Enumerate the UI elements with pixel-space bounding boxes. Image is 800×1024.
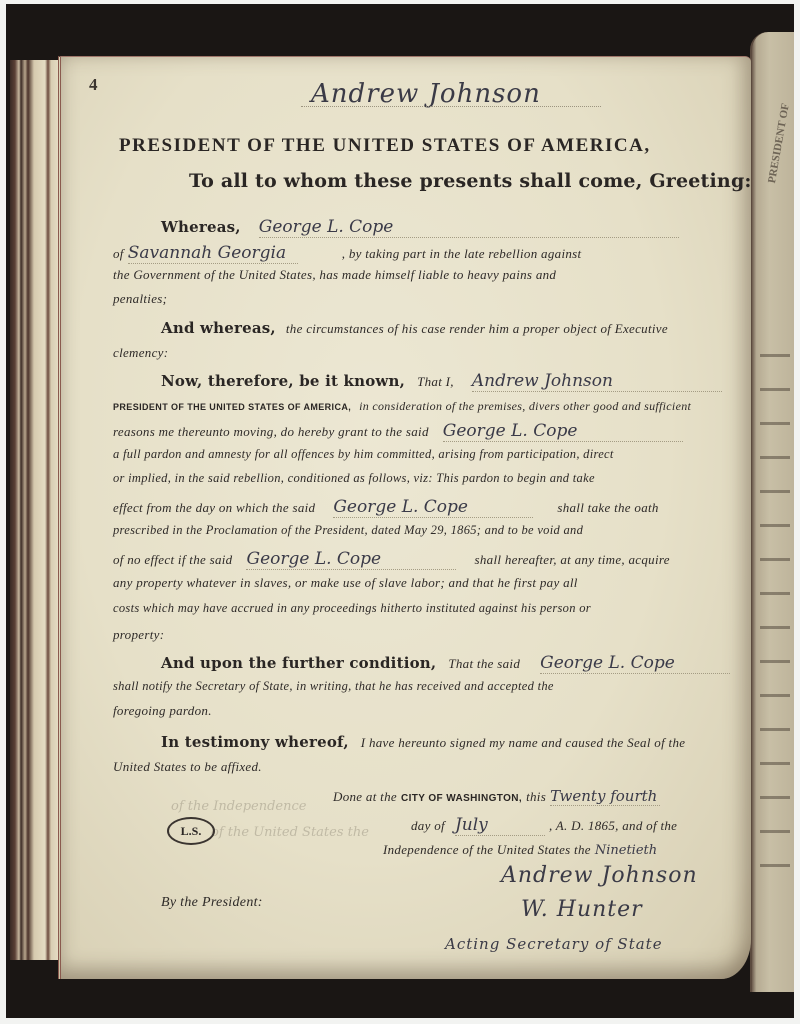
- of-prefix: of: [113, 246, 124, 261]
- further-condition-text-2: shall notify the Secretary of State, in …: [113, 679, 733, 701]
- further-condition-line-1: And upon the further condition, That the…: [113, 653, 733, 675]
- year-of-independence: Ninetieth: [595, 843, 657, 858]
- now-therefore-text-7: prescribed in the Proclamation of the Pr…: [113, 523, 733, 545]
- now-therefore-line-1: Now, therefore, be it known, That I, And…: [113, 371, 733, 393]
- further-condition-lead: And upon the further condition,: [161, 654, 436, 672]
- done-at: Done at the: [333, 789, 397, 804]
- facing-page-ghost-title: PRESIDENT OF: [766, 102, 792, 184]
- grantee-fill-4: George L. Cope: [540, 653, 730, 674]
- now-therefore-line-3: reasons me thereunto moving, do hereby g…: [113, 421, 733, 443]
- now-therefore-text-10: any property whatever in slaves, or make…: [113, 575, 733, 597]
- and-whereas-text-2: clemency:: [113, 345, 733, 367]
- whereas-lead: Whereas,: [161, 218, 241, 236]
- president-name-fill: Andrew Johnson: [472, 371, 722, 392]
- grantee-fill-1: George L. Cope: [443, 421, 683, 442]
- anno-domini: , A. D. 1865, and of the: [549, 818, 677, 833]
- now-therefore-text-8: of no effect if the said: [113, 552, 232, 567]
- whereas-name: George L. Cope: [259, 217, 679, 238]
- and-whereas-lead: And whereas,: [161, 319, 276, 337]
- now-therefore-text-2: reasons me thereunto moving, do hereby g…: [113, 424, 429, 439]
- whereas-text-2: the Government of the United States, has…: [113, 267, 733, 289]
- whereas-place: Savannah Georgia: [128, 243, 298, 264]
- day-written: Twenty fourth: [550, 787, 660, 806]
- now-therefore-line-8: of no effect if the said George L. Cope …: [113, 549, 733, 571]
- now-therefore-lead: Now, therefore, be it known,: [161, 372, 405, 390]
- now-therefore-text-6: shall take the oath: [557, 500, 658, 515]
- testimony-line-1: In testimony whereof, I have hereunto si…: [113, 733, 733, 755]
- page-number: 4: [89, 75, 98, 95]
- dating-line-3: Independence of the United States the Ni…: [383, 841, 657, 859]
- bleed-through-1: of the Independence: [171, 799, 306, 814]
- president-signature: Andrew Johnson: [501, 863, 698, 888]
- city: CITY OF WASHINGTON,: [401, 793, 522, 804]
- whereas-line-2: of Savannah Georgia , by taking part in …: [113, 243, 733, 265]
- testimony-text-2: United States to be affixed.: [113, 759, 733, 781]
- now-therefore-text-1: in consideration of the premises, divers…: [359, 399, 691, 413]
- dating-line-2: day of July , A. D. 1865, and of the: [411, 815, 677, 836]
- now-therefore-text-3: a full pardon and amnesty for all offenc…: [113, 447, 733, 469]
- further-condition-text-3: foregoing pardon.: [113, 703, 733, 725]
- month: July: [455, 815, 545, 836]
- grantee-fill-2: George L. Cope: [333, 497, 533, 518]
- now-therefore-text-9: shall hereafter, at any time, acquire: [474, 552, 669, 567]
- dating-line-1: Done at the CITY OF WASHINGTON, this Twe…: [333, 787, 660, 806]
- testimony-lead: In testimony whereof,: [161, 733, 349, 751]
- facing-page-ghost-lines: [760, 332, 790, 892]
- document-title: PRESIDENT OF THE UNITED STATES OF AMERIC…: [119, 135, 651, 157]
- that-i: That I,: [417, 374, 454, 389]
- greeting: To all to whom these presents shall come…: [189, 170, 752, 192]
- now-therefore-line-2: PRESIDENT OF THE UNITED STATES OF AMERIC…: [113, 397, 733, 419]
- facing-page-edge: PRESIDENT OF: [750, 32, 794, 992]
- further-condition-text-1: That the said: [448, 656, 520, 671]
- and-whereas-line-1: And whereas, the circumstances of his ca…: [113, 319, 733, 341]
- whereas-text-1: , by taking part in the late rebellion a…: [342, 246, 582, 261]
- whereas-line-1: Whereas, George L. Cope: [113, 217, 733, 239]
- photograph-frame: PRESIDENT OF 4 Andrew Johnson PRESIDENT …: [6, 4, 794, 1018]
- now-therefore-text-5: effect from the day on which the said: [113, 500, 315, 515]
- page-edges-left: [10, 60, 60, 960]
- and-whereas-text-1: the circumstances of his case render him…: [286, 321, 668, 336]
- by-the-president: By the President:: [161, 895, 263, 911]
- bleed-through-2: of the United States the: [211, 825, 369, 840]
- now-therefore-text-11: costs which may have accrued in any proc…: [113, 601, 733, 623]
- secretary-signature: W. Hunter: [521, 897, 643, 922]
- grantee-fill-3: George L. Cope: [246, 549, 456, 570]
- independence: Independence of the United States the: [383, 842, 591, 857]
- seal-ls: L.S.: [167, 817, 215, 845]
- now-therefore-text-12: property:: [113, 627, 733, 649]
- ledger-page: 4 Andrew Johnson PRESIDENT OF THE UNITED…: [58, 56, 751, 979]
- day-of: day of: [411, 818, 445, 833]
- office-smallcaps: PRESIDENT OF THE UNITED STATES OF AMERIC…: [113, 402, 351, 412]
- whereas-text-3: penalties;: [113, 291, 733, 313]
- header-signature: Andrew Johnson: [311, 79, 541, 109]
- testimony-text-1: I have hereunto signed my name and cause…: [361, 735, 686, 750]
- now-therefore-line-6: effect from the day on which the said Ge…: [113, 497, 733, 519]
- secretary-title: Acting Secretary of State: [445, 935, 663, 953]
- now-therefore-text-4: or implied, in the said rebellion, condi…: [113, 471, 733, 493]
- this-word: this: [526, 789, 546, 804]
